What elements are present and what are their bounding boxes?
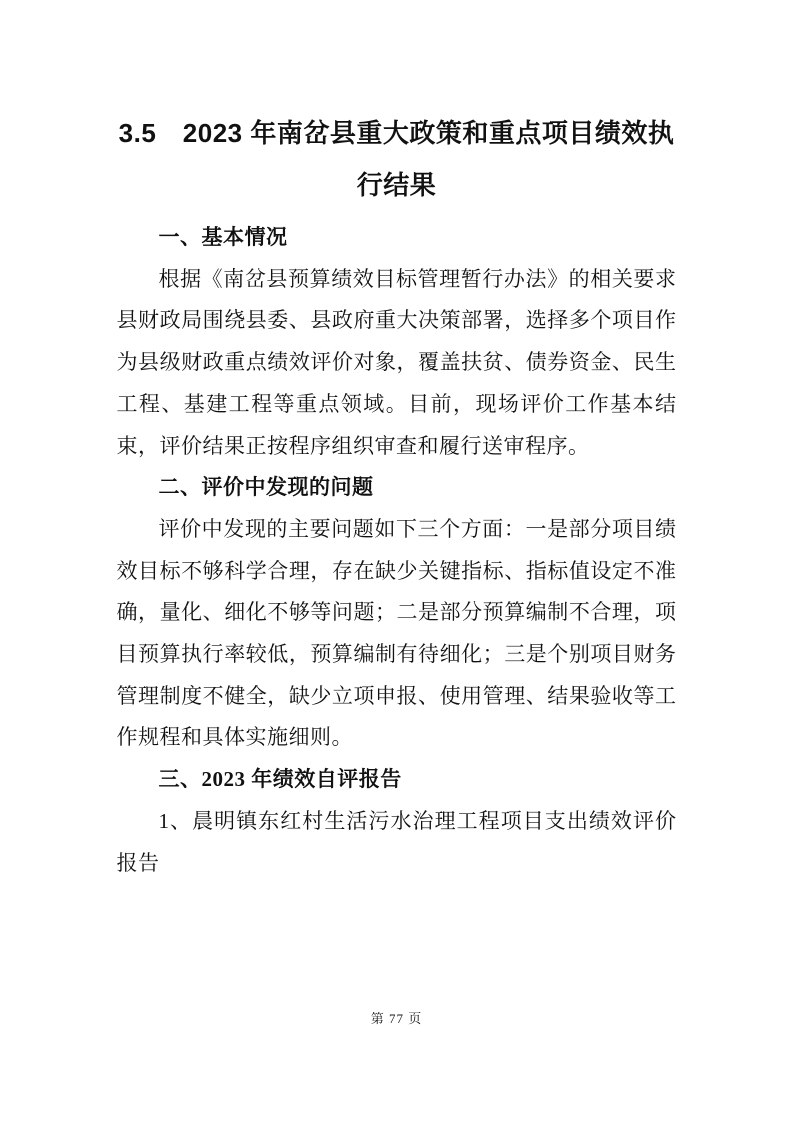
document-page: 3.5 2023 年南岔县重大政策和重点项目绩效执行结果 一、基本情况 根据《南…	[0, 0, 793, 1122]
section-basic-info-paragraph: 根据《南岔县预算绩效目标管理暂行办法》的相关要求县财政局围绕县委、县政府重大决策…	[117, 259, 677, 468]
document-title: 3.5 2023 年南岔县重大政策和重点项目绩效执行结果	[117, 107, 677, 211]
section-heading-self-evaluation-report: 三、2023 年绩效自评报告	[117, 759, 677, 801]
section-self-evaluation-report-paragraph: 1、晨明镇东红村生活污水治理工程项目支出绩效评价报告	[117, 801, 677, 884]
document-content: 3.5 2023 年南岔县重大政策和重点项目绩效执行结果 一、基本情况 根据《南…	[117, 107, 677, 884]
page-number: 第 77 页	[371, 1011, 423, 1026]
section-problems-found-paragraph: 评价中发现的主要问题如下三个方面：一是部分项目绩效目标不够科学合理，存在缺少关键…	[117, 509, 677, 759]
section-heading-problems-found: 二、评价中发现的问题	[117, 467, 677, 509]
page-footer: 第 77 页	[0, 1008, 793, 1028]
section-heading-basic-info: 一、基本情况	[117, 217, 677, 259]
